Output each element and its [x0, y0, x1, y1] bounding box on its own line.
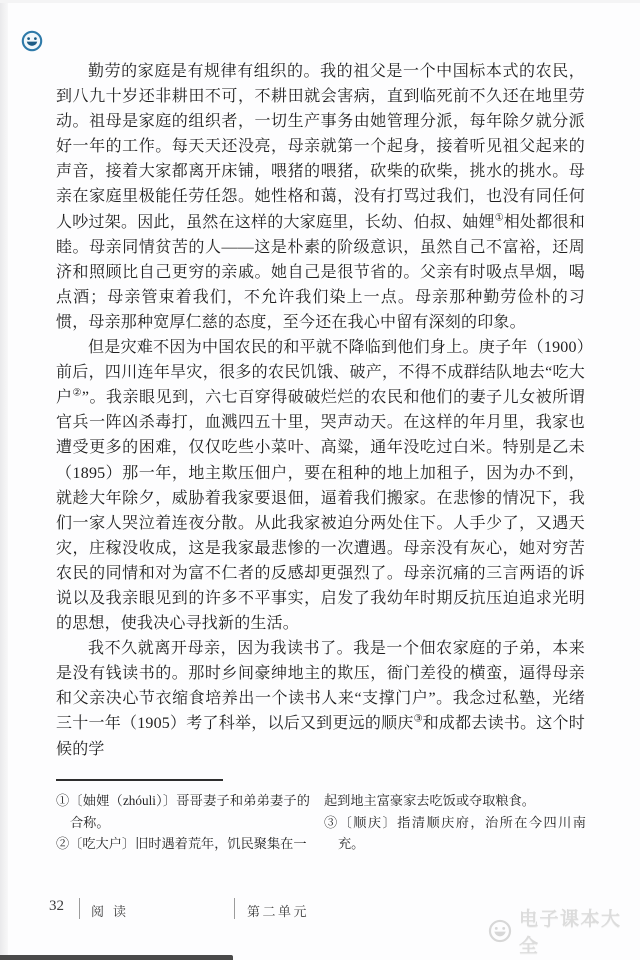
paragraph: 但是灾难不因为中国农民的和平就不降临到他们身上。庚子年（1900）前后，四川连年…	[56, 335, 585, 636]
footnote-ref: ②	[73, 388, 82, 399]
footnotes: ①〔妯娌（zhóuli）〕哥哥妻子和弟弟妻子的合称。②〔吃大户〕旧时遇着荒年，饥…	[56, 779, 586, 855]
scan-artifact-strip	[0, 955, 233, 960]
lesson-text: 勤劳的家庭是有规律有组织的。我的祖父是一个中国标本式的农民，到八九十岁还非耕田不…	[56, 59, 585, 762]
paragraph: 我不久就离开母亲，因为我读书了。我是一个佃农家庭的子弟，本来是没有钱读书的。那时…	[56, 636, 585, 761]
footnote-separator	[56, 779, 223, 781]
footnote-column-right: 起到地主富豪家去吃饭或夺取粮食。③〔顺庆〕指清顺庆府，治所在今四川南充。	[324, 790, 586, 855]
watermark-text: 电子课本大全	[519, 904, 640, 958]
paragraph: 勤劳的家庭是有规律有组织的。我的祖父是一个中国标本式的农民，到八九十岁还非耕田不…	[56, 59, 585, 335]
watermark: 电子课本大全	[488, 917, 640, 945]
footnote-column-left: ①〔妯娌（zhóuli）〕哥哥妻子和弟弟妻子的合称。②〔吃大户〕旧时遇着荒年，饥…	[56, 790, 310, 855]
page-number: 32	[49, 898, 64, 915]
footer-divider	[79, 898, 80, 919]
footnote-item: ②〔吃大户〕旧时遇着荒年，饥民聚集在一	[56, 833, 310, 855]
footnote-item: ③〔顺庆〕指清顺庆府，治所在今四川南充。	[324, 812, 586, 855]
section-label: 阅读	[91, 901, 135, 920]
footnote-ref: ①	[495, 212, 504, 223]
textbook-page: 勤劳的家庭是有规律有组织的。我的祖父是一个中国标本式的农民，到八九十岁还非耕田不…	[0, 0, 640, 960]
footnote-ref: ③	[414, 714, 423, 725]
footer-divider	[234, 898, 235, 919]
page-top-edge	[0, 0, 640, 3]
blue-smiley-icon	[21, 30, 43, 52]
page-left-edge	[0, 0, 8, 960]
footnote-item: 起到地主富豪家去吃饭或夺取粮食。	[324, 790, 586, 812]
gray-smiley-icon	[488, 919, 512, 943]
unit-label: 第二单元	[247, 901, 309, 920]
footnote-item: ①〔妯娌（zhóuli）〕哥哥妻子和弟弟妻子的合称。	[56, 790, 310, 833]
